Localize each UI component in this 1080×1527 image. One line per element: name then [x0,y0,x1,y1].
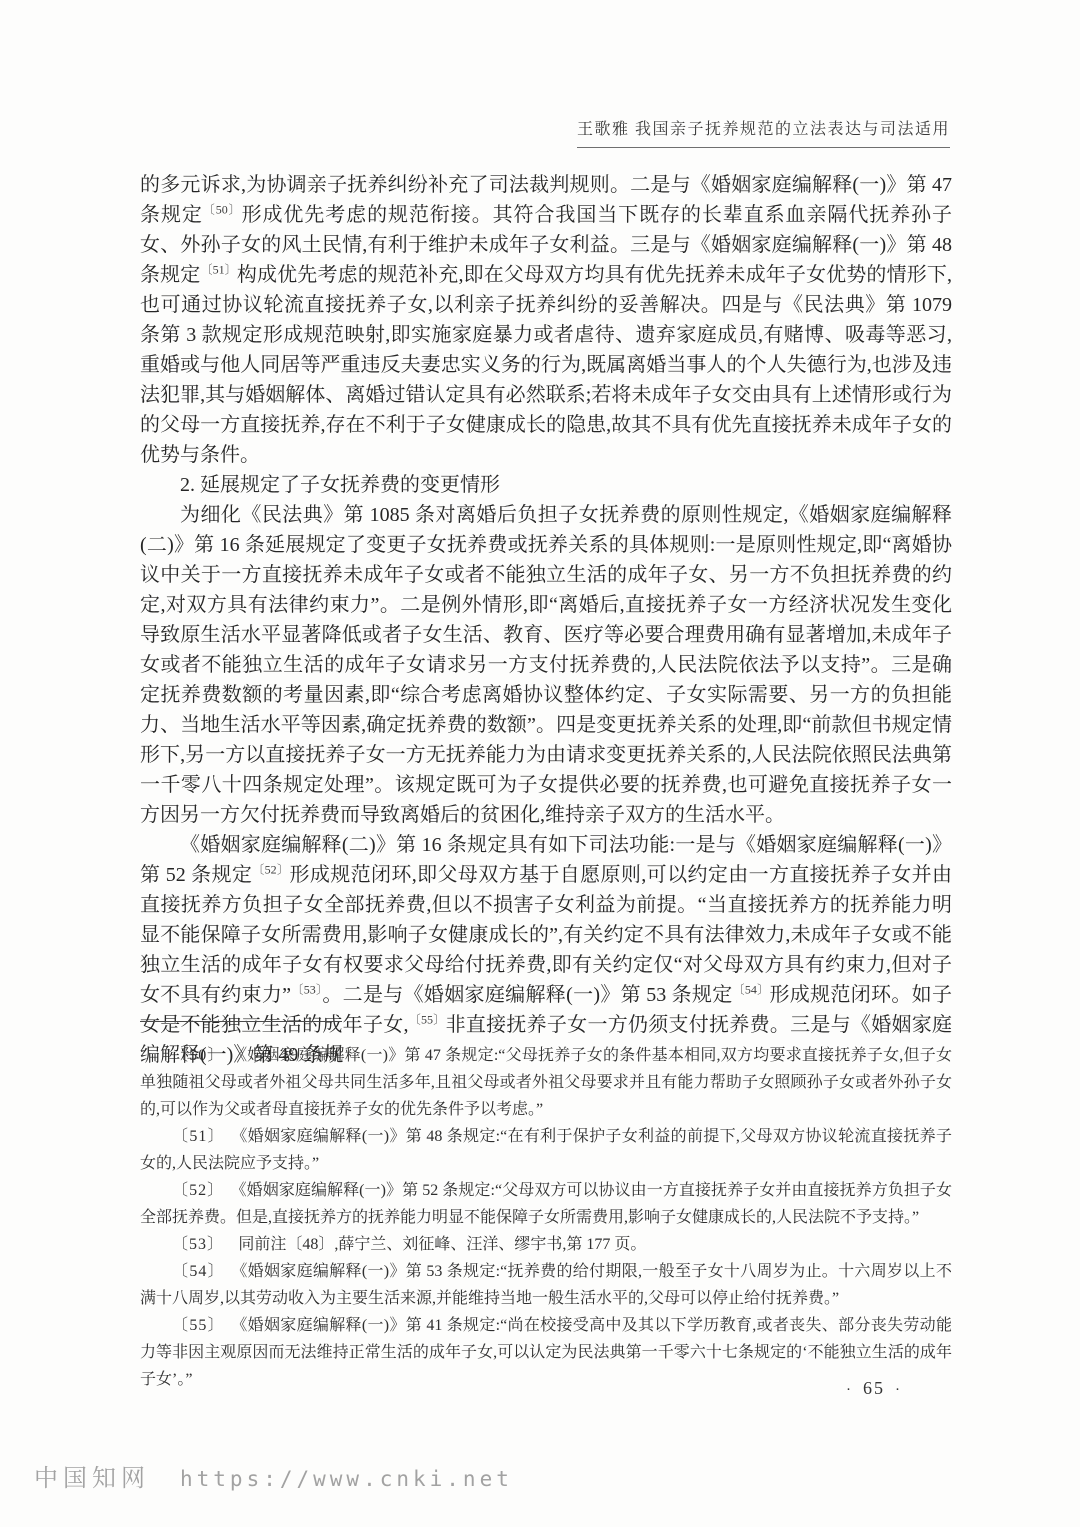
text-run: 。二是与《婚姻家庭编解释(一)》第 53 条规定 [322,984,732,1006]
footnote: 〔54〕《婚姻家庭编解释(一)》第 53 条规定:“抚养费的给付期限,一般至子女… [140,1258,952,1312]
footnote-list: 〔50〕《婚姻家庭编解释(一)》第 47 条规定:“父母抚养子女的条件基本相同,… [140,1042,952,1393]
footnote-ref: 〔53〕 [291,982,322,996]
text-run: 2. 延展规定了子女抚养费的变更情形 [180,474,500,496]
page-number-value: 65 [863,1378,885,1398]
footnote-text: 《婚姻家庭编解释(一)》第 52 条规定:“父母双方可以协议由一方直接抚养子女并… [140,1182,952,1226]
footnote-ref: 〔51〕 [200,262,236,276]
page-number-left-dot: · [846,1382,853,1398]
footnote-ref: 〔52〕 [252,862,289,876]
page-number-right-dot: · [895,1382,902,1398]
footnote: 〔52〕《婚姻家庭编解释(一)》第 52 条规定:“父母双方可以协议由一方直接抚… [140,1177,952,1231]
footnote-marker: 〔50〕 [172,1047,225,1064]
article-body: 的多元诉求,为协调亲子抚养纠纷补充了司法裁判规则。二是与《婚姻家庭编解释(一)》… [140,170,952,1070]
footnote-text: 同前注〔48〕,薛宁兰、刘征峰、汪洋、缪宇书,第 177 页。 [238,1236,646,1253]
running-header: 王歌雅 我国亲子抚养规范的立法表达与司法适用 [577,116,950,148]
page-number: ·65· [836,1378,912,1399]
footnote: 〔51〕《婚姻家庭编解释(一)》第 48 条规定:“在有利于保护子女利益的前提下… [140,1123,952,1177]
body-paragraph: 为细化《民法典》第 1085 条对离婚后负担子女抚养费的原则性规定,《婚姻家庭编… [140,500,952,830]
footnote: 〔53〕同前注〔48〕,薛宁兰、刘征峰、汪洋、缪宇书,第 177 页。 [140,1231,952,1258]
footnote-ref: 〔54〕 [733,982,770,996]
footnote-text: 《婚姻家庭编解释(一)》第 48 条规定:“在有利于保护子女利益的前提下,父母双… [140,1128,952,1172]
running-header-title: 王歌雅 我国亲子抚养规范的立法表达与司法适用 [577,116,950,148]
footnote-text: 《婚姻家庭编解释(一)》第 47 条规定:“父母抚养子女的条件基本相同,双方均要… [140,1047,952,1118]
cnki-site-name: 中国知网 [34,1458,150,1493]
cnki-watermark: 中国知网 https://www.cnki.net [34,1458,513,1493]
footnote-marker: 〔52〕 [172,1182,224,1199]
footnote-marker: 〔51〕 [172,1128,225,1145]
footnote-marker: 〔54〕 [172,1263,225,1280]
journal-page: 王歌雅 我国亲子抚养规范的立法表达与司法适用 的多元诉求,为协调亲子抚养纠纷补充… [0,0,1080,1527]
footnote: 〔55〕《婚姻家庭编解释(一)》第 41 条规定:“尚在校接受高中及其以下学历教… [140,1312,952,1393]
cnki-url: https://www.cnki.net [180,1467,513,1491]
footnote-ref: 〔50〕 [203,202,242,216]
footnote-separator-rule [140,1021,342,1022]
footnote-marker: 〔53〕 [172,1236,224,1253]
body-paragraph: 的多元诉求,为协调亲子抚养纠纷补充了司法裁判规则。二是与《婚姻家庭编解释(一)》… [140,170,952,470]
footnote: 〔50〕《婚姻家庭编解释(一)》第 47 条规定:“父母抚养子女的条件基本相同,… [140,1042,952,1123]
footnote-text: 《婚姻家庭编解释(一)》第 53 条规定:“抚养费的给付期限,一般至子女十八周岁… [140,1263,952,1307]
footnote-area: 〔50〕《婚姻家庭编解释(一)》第 47 条规定:“父母抚养子女的条件基本相同,… [140,1021,952,1393]
footnote-text: 《婚姻家庭编解释(一)》第 41 条规定:“尚在校接受高中及其以下学历教育,或者… [140,1317,952,1388]
footnote-marker: 〔55〕 [172,1317,225,1334]
section-heading: 2. 延展规定了子女抚养费的变更情形 [140,470,952,500]
text-run: 构成优先考虑的规范补充,即在父母双方均具有优先抚养未成年子女优势的情形下,也可通… [140,264,952,466]
text-run: 为细化《民法典》第 1085 条对离婚后负担子女抚养费的原则性规定,《婚姻家庭编… [140,504,952,826]
